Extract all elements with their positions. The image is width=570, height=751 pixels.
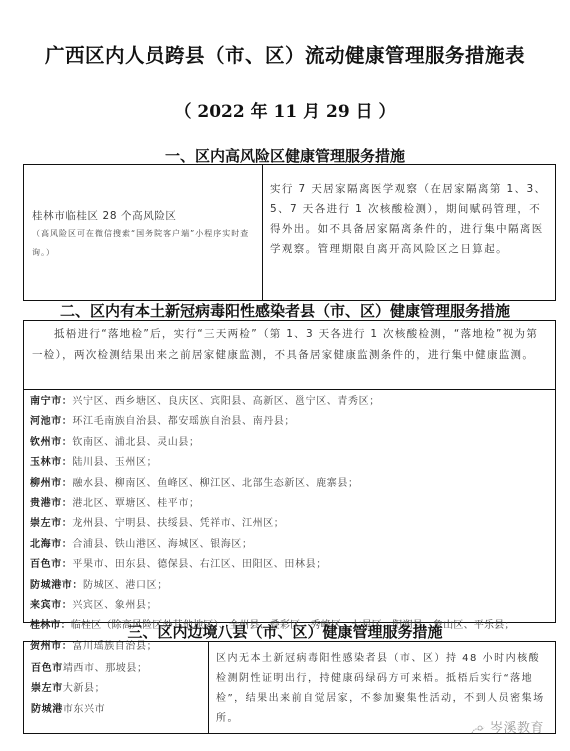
- city-label: 百色市：: [30, 559, 72, 570]
- area-row: 南宁市：兴宁区、西乡塘区、良庆区、宾阳县、高新区、邕宁区、青秀区；: [30, 392, 549, 412]
- area-row: 防城港市：防城区、港口区；: [30, 576, 549, 596]
- area-row: 河池市：环江毛南族自治县、都安瑶族自治县、南丹县；: [30, 412, 549, 432]
- wechat-official-account-icon: [471, 724, 485, 734]
- area-row: 崇左市大新县；: [31, 679, 208, 699]
- document-title: 广西区内人员跨县（市、区）流动健康管理服务措施表: [0, 40, 570, 68]
- district-list: 市东兴市: [63, 704, 105, 715]
- district-list: 环江毛南族自治县、都安瑶族自治县、南丹县；: [72, 416, 295, 427]
- city-label: 南宁市：: [30, 396, 72, 407]
- section3-divider: [208, 642, 209, 733]
- city-label: 防城港: [31, 704, 63, 715]
- area-row: 贵港市：港北区、覃塘区、桂平市；: [30, 494, 549, 514]
- district-list: 平果市、田东县、德保县、右江区、田阳区、田林县；: [72, 559, 326, 570]
- city-label: 河池市：: [30, 416, 72, 427]
- section1-divider: [262, 165, 263, 300]
- city-label: 来宾市：: [30, 600, 72, 611]
- section2-table: 抵梧进行“落地检”后，实行“三天两检”（第 1、3 天各进行 1 次核酸检测，“…: [23, 320, 556, 623]
- district-list: 钦南区、浦北县、灵山县；: [72, 437, 199, 448]
- area-row: 北海市：合浦县、铁山港区、海城区、银海区；: [30, 535, 549, 555]
- area-row: 来宾市：兴宾区、象州县；: [30, 596, 549, 616]
- watermark: 岑溪教育: [471, 717, 544, 736]
- section1-table: 桂林市临桂区 28 个高风险区 （高风险区可在微信搜索“国务院客户端”小程序实时…: [23, 164, 556, 301]
- area-row: 百色市：平果市、田东县、德保县、右江区、田阳区、田林县；: [30, 555, 549, 575]
- document-date: （ 2022 年 11 月 29 日 ）: [0, 97, 570, 122]
- section2-intro-row: 抵梧进行“落地检”后，实行“三天两检”（第 1、3 天各进行 1 次核酸检测，“…: [24, 321, 555, 390]
- district-list: 大新县；: [63, 683, 105, 694]
- district-list: 陆川县、玉州区；: [72, 457, 157, 468]
- city-label: 贵港市：: [30, 498, 72, 509]
- district-list: 龙州县、宁明县、扶绥县、凭祥市、江州区；: [72, 518, 284, 529]
- city-label: 百色市: [31, 663, 63, 674]
- area-row: 崇左市：龙州县、宁明县、扶绥县、凭祥市、江州区；: [30, 514, 549, 534]
- section1-measure-cell: 实行 7 天居家隔离医学观察（在居家隔离第 1、3、5、7 天各进行 1 次核酸…: [264, 165, 555, 300]
- city-label: 玉林市：: [30, 457, 72, 468]
- section1-heading: 一、区内高风险区健康管理服务措施: [0, 146, 570, 166]
- area-row: 钦州市：钦南区、浦北县、灵山县；: [30, 433, 549, 453]
- section1-note: （高风险区可在微信搜索“国务院客户端”小程序实时查询。）: [32, 224, 262, 262]
- section1-area: 桂林市临桂区 28 个高风险区: [32, 208, 262, 223]
- area-row: 柳州市：融水县、柳南区、鱼峰区、柳江区、北部生态新区、鹿寨县；: [30, 474, 549, 494]
- city-label: 崇左市: [31, 683, 63, 694]
- district-list: 靖西市、那坡县；: [63, 663, 148, 674]
- city-label: 柳州市：: [30, 478, 72, 489]
- district-list: 防城区、港口区；: [83, 580, 168, 591]
- district-list: 兴宾区、象州县；: [72, 600, 157, 611]
- district-list: 合浦县、铁山港区、海城区、银海区；: [72, 539, 252, 550]
- city-label: 崇左市：: [30, 518, 72, 529]
- area-row: 百色市靖西市、那坡县；: [31, 659, 208, 679]
- section1-area-cell: 桂林市临桂区 28 个高风险区 （高风险区可在微信搜索“国务院客户端”小程序实时…: [24, 165, 262, 300]
- district-list: 兴宁区、西乡塘区、良庆区、宾阳县、高新区、邕宁区、青秀区；: [72, 396, 379, 407]
- city-label: 防城港市：: [30, 580, 83, 591]
- section2-heading: 二、区内有本土新冠病毒阳性感染者县（市、区）健康管理服务措施: [0, 301, 570, 321]
- area-row: 防城港市东兴市: [31, 700, 208, 720]
- section2-intro: 抵梧进行“落地检”后，实行“三天两检”（第 1、3 天各进行 1 次核酸检测，“…: [32, 328, 538, 361]
- city-label: 钦州市：: [30, 437, 72, 448]
- section1-measure: 实行 7 天居家隔离医学观察（在居家隔离第 1、3、5、7 天各进行 1 次核酸…: [270, 179, 549, 259]
- section3-area-cell: 百色市靖西市、那坡县； 崇左市大新县； 防城港市东兴市: [24, 642, 208, 733]
- watermark-label: 岑溪教育: [490, 721, 544, 736]
- district-list: 港北区、覃塘区、桂平市；: [72, 498, 199, 509]
- area-row: 玉林市：陆川县、玉州区；: [30, 453, 549, 473]
- section3-heading: 三、区内边境八县（市、区）健康管理服务措施: [0, 622, 570, 642]
- city-label: 北海市：: [30, 539, 72, 550]
- section2-area-list: 南宁市：兴宁区、西乡塘区、良庆区、宾阳县、高新区、邕宁区、青秀区； 河池市：环江…: [24, 390, 555, 657]
- district-list: 融水县、柳南区、鱼峰区、柳江区、北部生态新区、鹿寨县；: [72, 478, 358, 489]
